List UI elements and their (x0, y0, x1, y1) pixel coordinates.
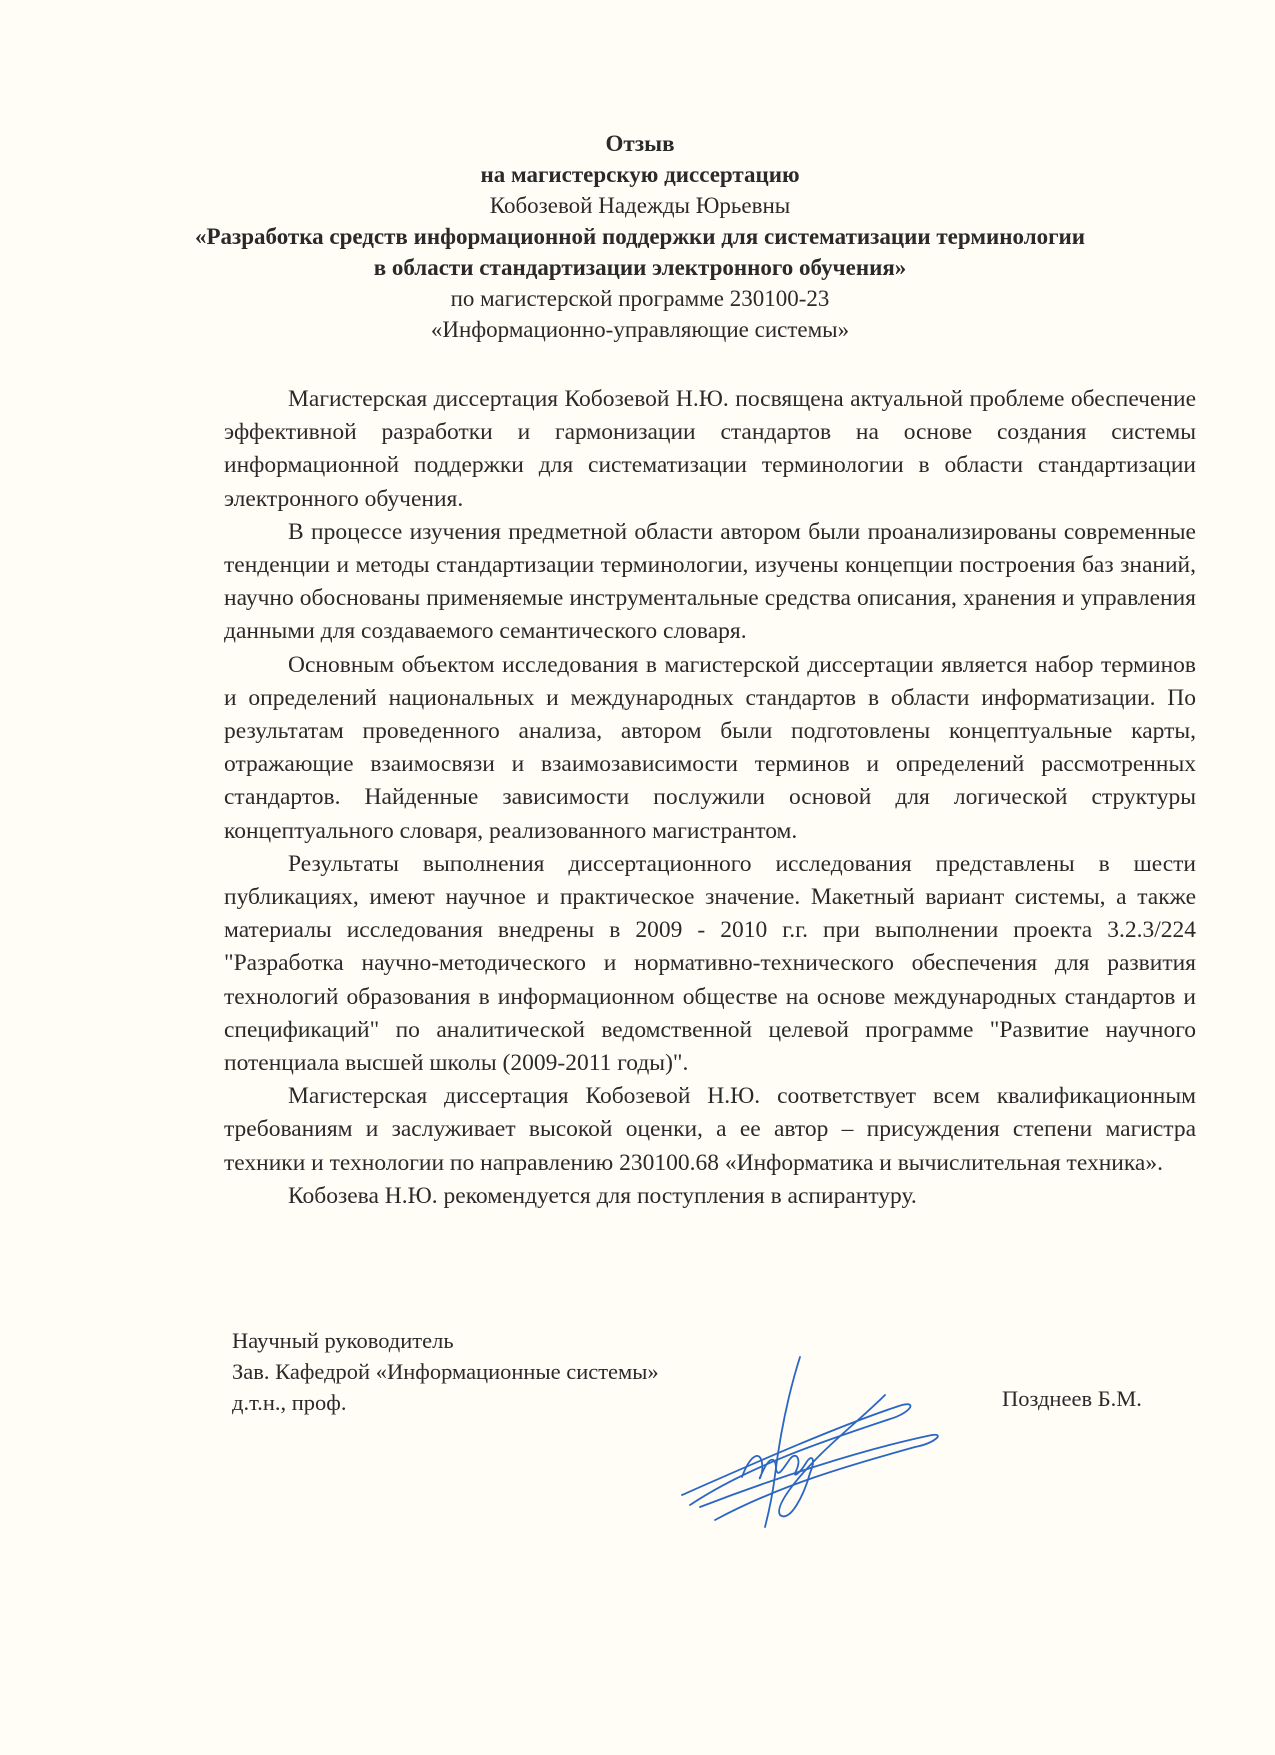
signer-name: Позднеев Б.М. (1002, 1386, 1142, 1412)
signature-block: Научный руководитель Зав. Кафедрой «Инфо… (232, 1325, 659, 1418)
paragraph-results: Результаты выполнения диссертационного и… (224, 848, 1196, 1080)
signer-role: Научный руководитель (232, 1325, 659, 1356)
paragraph-research-process: В процессе изучения предметной области а… (224, 516, 1196, 649)
program-line-2: «Информационно-управляющие системы» (180, 314, 1100, 345)
document-header: Отзыв на магистерскую диссертацию Кобозе… (180, 128, 1100, 345)
review-body: Магистерская диссертация Кобозевой Н.Ю. … (224, 383, 1196, 1213)
paragraph-conclusion: Магистерская диссертация Кобозевой Н.Ю. … (224, 1080, 1196, 1180)
thesis-title-line-2: в области стандартизации электронного об… (180, 252, 1100, 283)
signer-degree: д.т.н., проф. (232, 1387, 659, 1418)
paragraph-topic: Магистерская диссертация Кобозевой Н.Ю. … (224, 383, 1196, 516)
paragraph-recommendation: Кобозева Н.Ю. рекомендуется для поступле… (224, 1180, 1196, 1213)
signer-position: Зав. Кафедрой «Информационные системы» (232, 1356, 659, 1387)
document-title: Отзыв (180, 128, 1100, 159)
handwritten-signature (670, 1355, 970, 1530)
thesis-title-line-1: «Разработка средств информационной подде… (180, 221, 1100, 252)
paragraph-research-object: Основным объектом исследования в магисте… (224, 649, 1196, 848)
author-name: Кобозевой Надежды Юрьевны (180, 190, 1100, 221)
program-line-1: по магистерской программе 230100-23 (180, 283, 1100, 314)
document-page: Отзыв на магистерскую диссертацию Кобозе… (0, 0, 1275, 1755)
document-subtitle: на магистерскую диссертацию (180, 159, 1100, 190)
